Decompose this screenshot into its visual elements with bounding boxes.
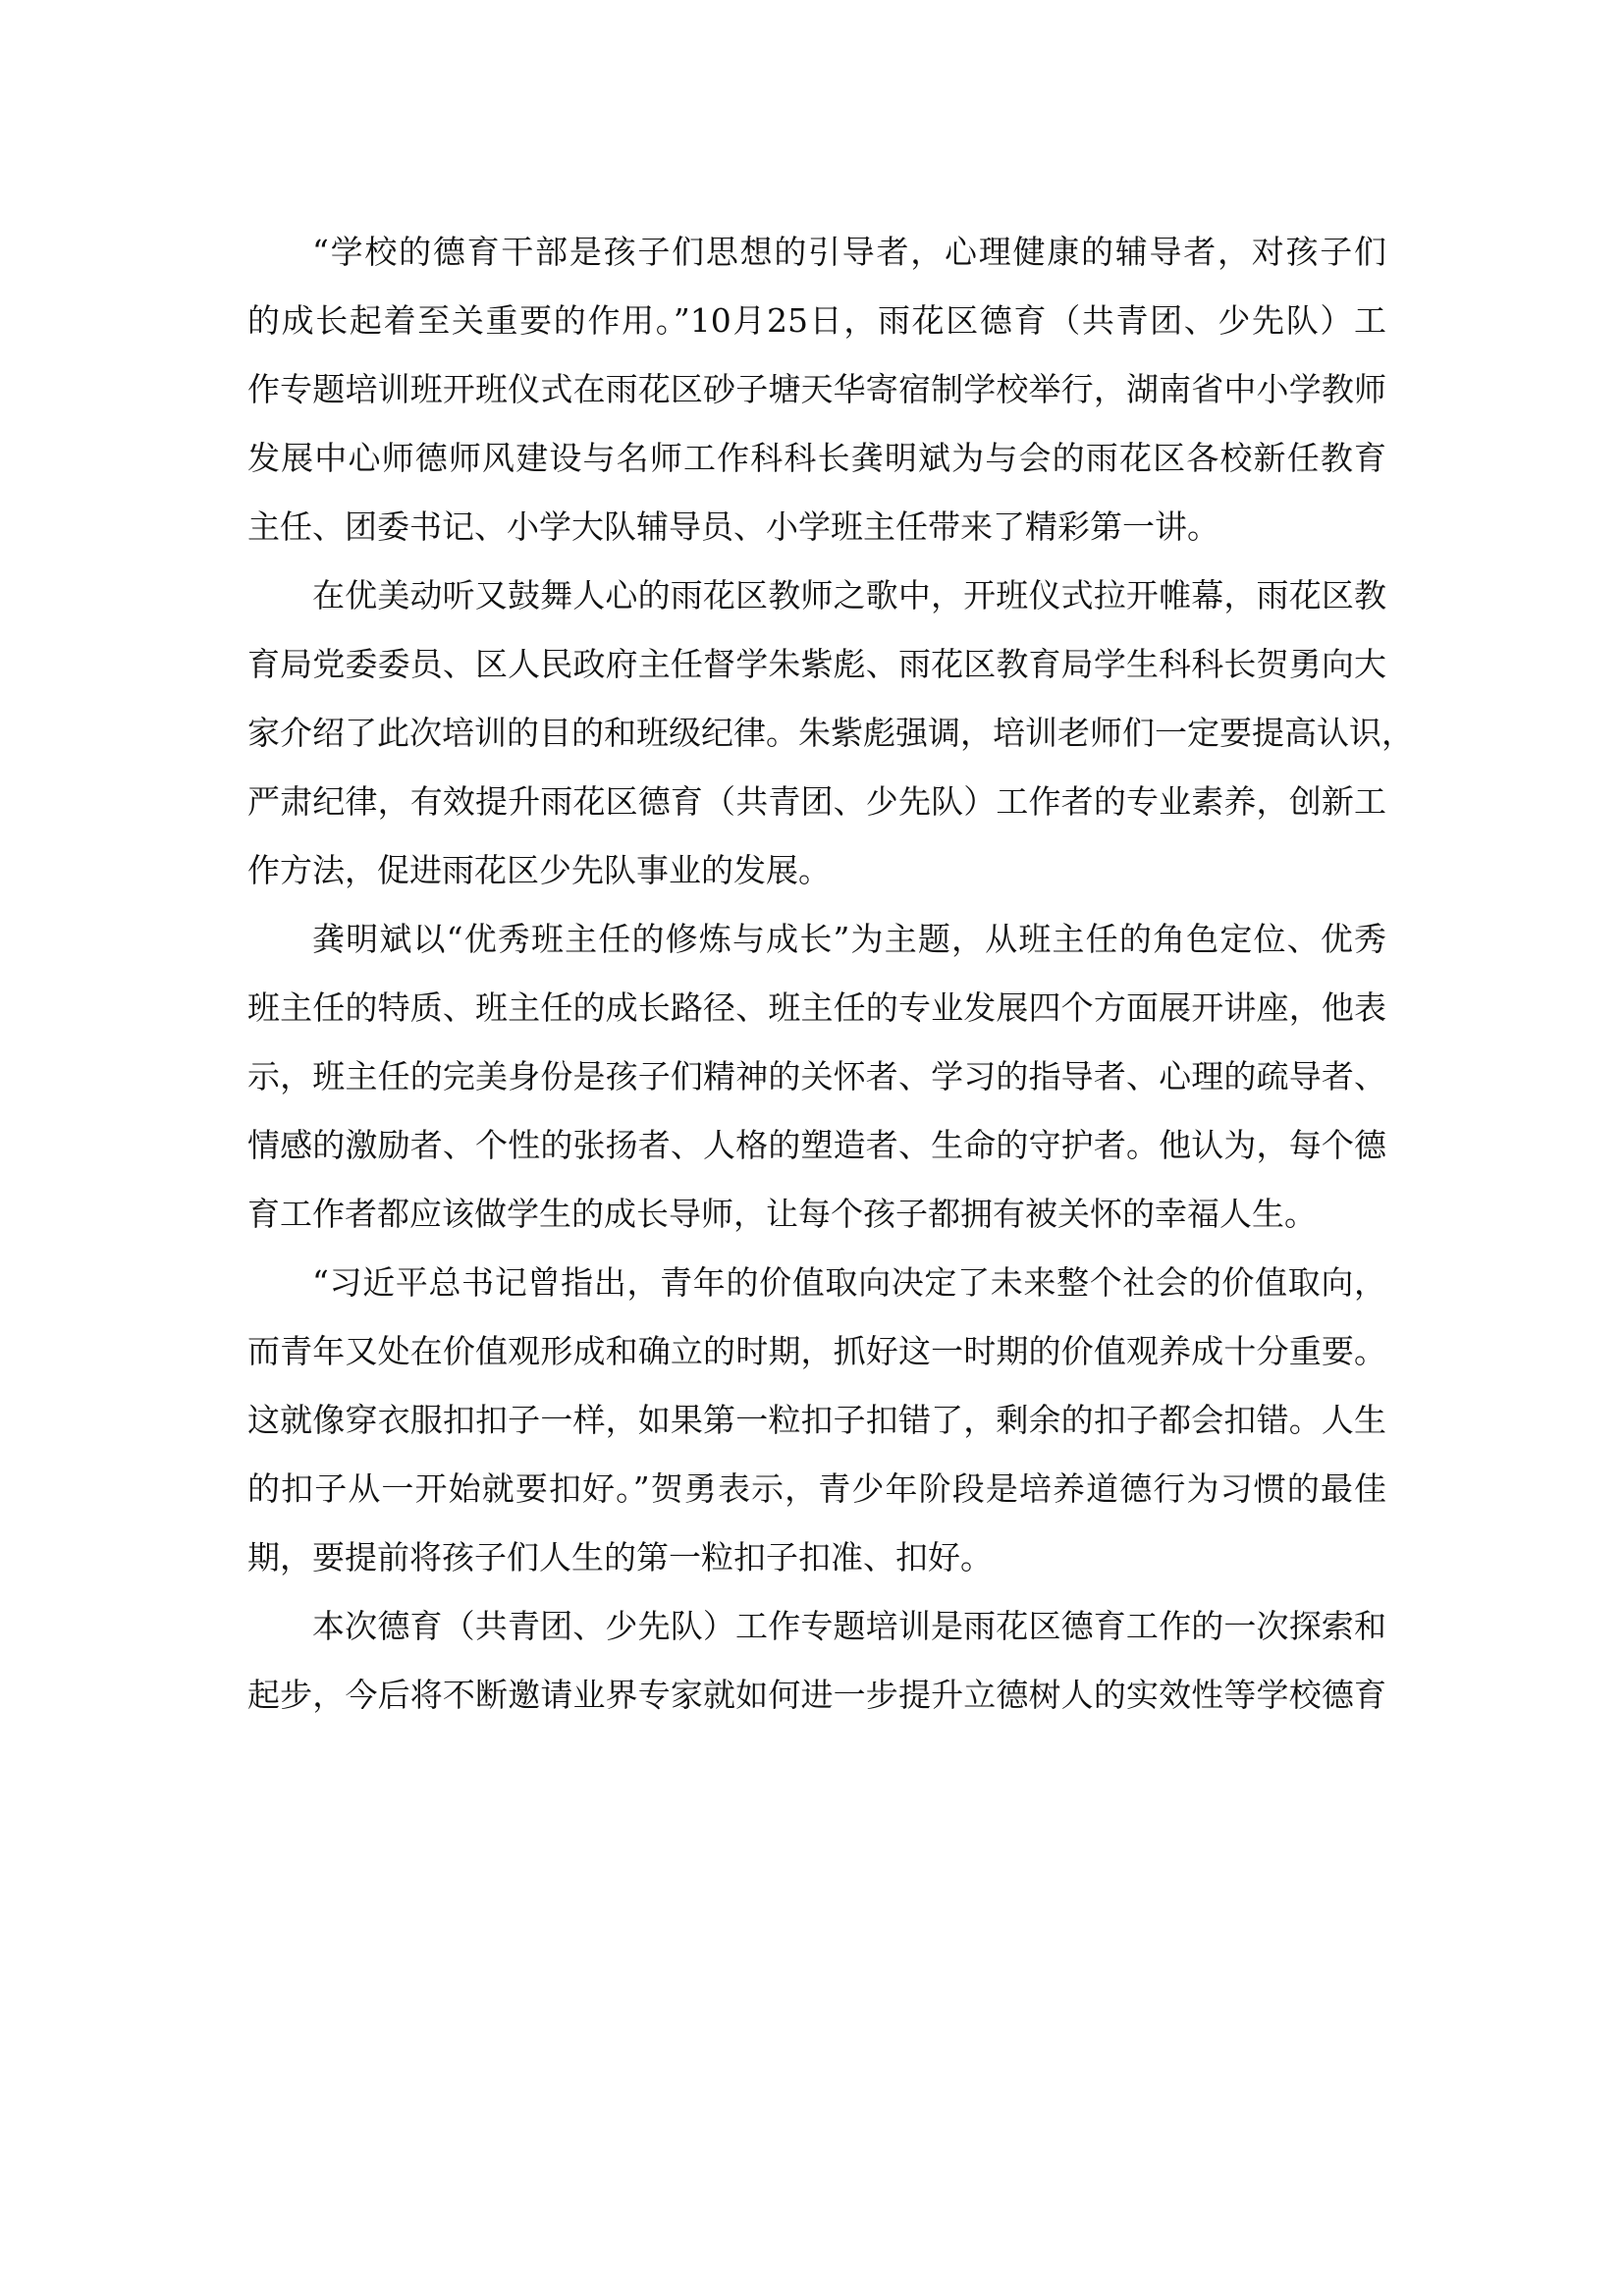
- text-line: 班主任的特质、班主任的成长路径、班主任的专业发展四个方面展开讲座，他表: [247, 974, 1386, 1042]
- text-line: 作专题培训班开班仪式在雨花区砂子塘天华寄宿制学校举行，湖南省中小学教师: [247, 355, 1386, 424]
- text-line: 作方法，促进雨花区少先队事业的发展。: [247, 836, 1386, 905]
- text-line: 龚明斌以“优秀班主任的修炼与成长”为主题，从班主任的角色定位、优秀: [247, 905, 1386, 974]
- paragraph-2: 在优美动听又鼓舞人心的雨花区教师之歌中，开班仪式拉开帷幕，雨花区教 育局党委委员…: [247, 561, 1386, 905]
- text-line: 家介绍了此次培训的目的和班级纪律。朱紫彪强调，培训老师们一定要提高认识，: [247, 699, 1386, 768]
- text-line: 示，班主任的完美身份是孩子们精神的关怀者、学习的指导者、心理的疏导者、: [247, 1042, 1386, 1111]
- text-line: 本次德育（共青团、少先队）工作专题培训是雨花区德育工作的一次探索和: [247, 1592, 1386, 1661]
- text-line: 育工作者都应该做学生的成长导师，让每个孩子都拥有被关怀的幸福人生。: [247, 1180, 1386, 1249]
- text-line: 主任、团委书记、小学大队辅导员、小学班主任带来了精彩第一讲。: [247, 493, 1386, 561]
- paragraph-3: 龚明斌以“优秀班主任的修炼与成长”为主题，从班主任的角色定位、优秀 班主任的特质…: [247, 905, 1386, 1249]
- text-line: 这就像穿衣服扣扣子一样，如果第一粒扣子扣错了，剩余的扣子都会扣错。人生: [247, 1386, 1386, 1455]
- paragraph-4: “习近平总书记曾指出，青年的价值取向决定了未来整个社会的价值取向， 而青年又处在…: [247, 1249, 1386, 1592]
- document-page: “学校的德育干部是孩子们思想的引导者，心理健康的辅导者，对孩子们 的成长起着至关…: [247, 218, 1386, 1730]
- text-line: 严肃纪律，有效提升雨花区德育（共青团、少先队）工作者的专业素养，创新工: [247, 768, 1386, 836]
- text-line: 期，要提前将孩子们人生的第一粒扣子扣准、扣好。: [247, 1523, 1386, 1592]
- text-line: 的成长起着至关重要的作用。”10月25日，雨花区德育（共青团、少先队）工: [247, 287, 1386, 355]
- paragraph-5: 本次德育（共青团、少先队）工作专题培训是雨花区德育工作的一次探索和 起步，今后将…: [247, 1592, 1386, 1730]
- paragraph-1: “学校的德育干部是孩子们思想的引导者，心理健康的辅导者，对孩子们 的成长起着至关…: [247, 218, 1386, 561]
- text-line: “习近平总书记曾指出，青年的价值取向决定了未来整个社会的价值取向，: [247, 1249, 1386, 1317]
- text-line: 而青年又处在价值观形成和确立的时期，抓好这一时期的价值观养成十分重要。: [247, 1317, 1386, 1386]
- text-line: 情感的激励者、个性的张扬者、人格的塑造者、生命的守护者。他认为，每个德: [247, 1111, 1386, 1180]
- text-line: 的扣子从一开始就要扣好。”贺勇表示，青少年阶段是培养道德行为习惯的最佳: [247, 1455, 1386, 1523]
- text-line: 育局党委委员、区人民政府主任督学朱紫彪、雨花区教育局学生科科长贺勇向大: [247, 630, 1386, 699]
- text-line: 起步，今后将不断邀请业界专家就如何进一步提升立德树人的实效性等学校德育: [247, 1661, 1386, 1730]
- text-line: 在优美动听又鼓舞人心的雨花区教师之歌中，开班仪式拉开帷幕，雨花区教: [247, 561, 1386, 630]
- text-line: 发展中心师德师风建设与名师工作科科长龚明斌为与会的雨花区各校新任教育: [247, 424, 1386, 493]
- text-line: “学校的德育干部是孩子们思想的引导者，心理健康的辅导者，对孩子们: [247, 218, 1386, 287]
